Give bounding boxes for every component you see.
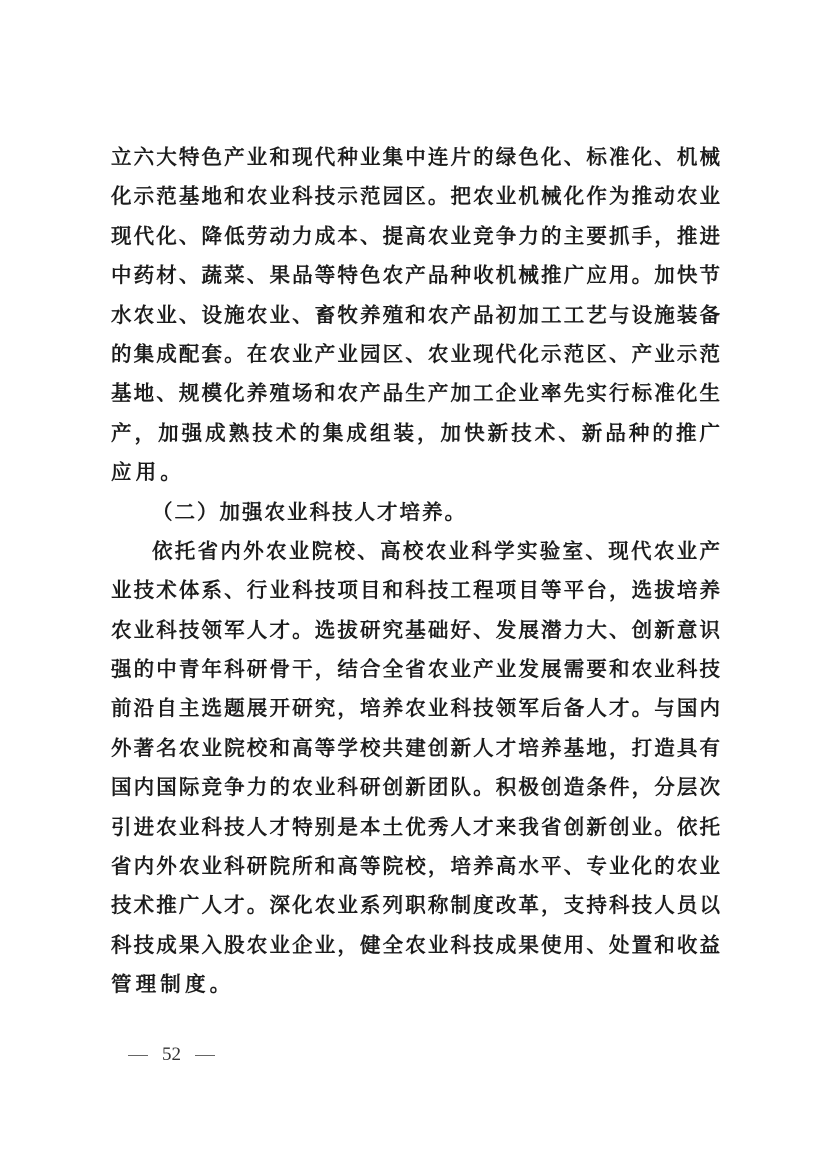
paragraph-line: 依托省内外农业院校、高校农业科学实验室、现代农业产: [111, 532, 720, 571]
paragraph-line: 农业科技领军人才。选拔研究基础好、发展潜力大、创新意识: [111, 611, 720, 650]
section-heading: （二）加强农业科技人才培养。: [111, 493, 720, 532]
paragraph-line: 立六大特色产业和现代种业集中连片的绿色化、标准化、机械: [111, 138, 720, 177]
paragraph-line: 水农业、设施农业、畜牧养殖和农产品初加工工艺与设施装备: [111, 296, 720, 335]
paragraph-line: 业技术体系、行业科技项目和科技工程项目等平台，选拔培养: [111, 571, 720, 610]
paragraph-line: 科技成果入股农业企业，健全农业科技成果使用、处置和收益: [111, 926, 720, 965]
paragraph-line: 产，加强成熟技术的集成组装，加快新技术、新品种的推广: [111, 414, 720, 453]
paragraph-line: 化示范基地和农业科技示范园区。把农业机械化作为推动农业: [111, 177, 720, 216]
paragraph-line: 基地、规模化养殖场和农产品生产加工企业率先实行标准化生: [111, 374, 720, 413]
paragraph-line: 外著名农业院校和高等学校共建创新人才培养基地，打造具有: [111, 729, 720, 768]
paragraph-line: 强的中青年科研骨干，结合全省农业产业发展需要和农业科技: [111, 650, 720, 689]
page-number: 52: [162, 1044, 181, 1066]
paragraph-line: 省内外农业科研院所和高等院校，培养高水平、专业化的农业: [111, 847, 720, 886]
paragraph-line: 的集成配套。在农业产业园区、农业现代化示范区、产业示范: [111, 335, 720, 374]
document-page: 立六大特色产业和现代种业集中连片的绿色化、标准化、机械 化示范基地和农业科技示范…: [0, 0, 826, 1169]
paragraph-line: 管理制度。: [111, 965, 720, 1004]
page-footer: 52: [128, 1043, 215, 1067]
paragraph-line: 前沿自主选题展开研究，培养农业科技领军后备人才。与国内: [111, 689, 720, 728]
footer-dash-right: [195, 1055, 215, 1056]
paragraph-line: 应用。: [111, 453, 720, 492]
paragraph-line: 引进农业科技人才特别是本土优秀人才来我省创新创业。依托: [111, 808, 720, 847]
body-text: 立六大特色产业和现代种业集中连片的绿色化、标准化、机械 化示范基地和农业科技示范…: [111, 138, 720, 1005]
footer-dash-left: [128, 1055, 148, 1056]
paragraph-line: 国内国际竞争力的农业科研创新团队。积极创造条件，分层次: [111, 768, 720, 807]
paragraph-line: 技术推广人才。深化农业系列职称制度改革，支持科技人员以: [111, 886, 720, 925]
paragraph-line: 中药材、蔬菜、果品等特色农产品种收机械推广应用。加快节: [111, 256, 720, 295]
paragraph-line: 现代化、降低劳动力成本、提高农业竞争力的主要抓手，推进: [111, 217, 720, 256]
